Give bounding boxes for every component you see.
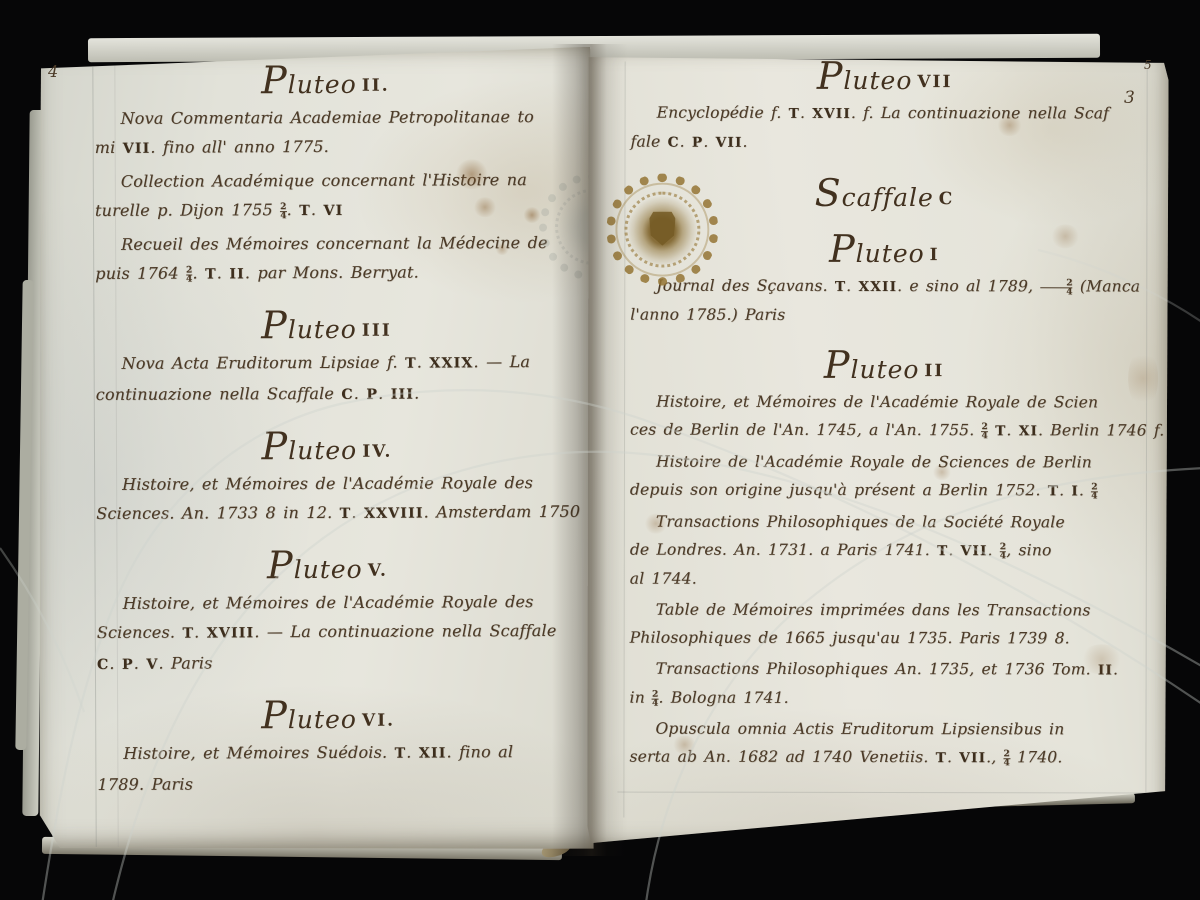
left-page: Pluteo II.Nova Commentaria Academiae Pet…: [34, 47, 593, 851]
left-page-text: Pluteo II.Nova Commentaria Academiae Pet…: [94, 59, 559, 799]
manuscript-line: Histoire, et Mémoires de l'Académie Roya…: [97, 587, 559, 618]
section-heading: Pluteo III: [95, 304, 557, 346]
folio-number-right-small: 5: [1144, 58, 1152, 72]
manuscript-line: Nova Acta Eruditorum Lipsiae f. T. XXIX.…: [96, 347, 558, 380]
catalog-section: Pluteo IIHistoire, et Mémoires de l'Acad…: [629, 345, 1138, 773]
margin-rule: [617, 792, 1149, 794]
manuscript-line: mi VII. fino all' anno 1775.: [95, 131, 557, 164]
manuscript-line: Histoire, et Mémoires Suédois. T. XII. f…: [97, 737, 559, 770]
manuscript-line: Encyclopédie f. T. XVII. f. La continuaz…: [631, 99, 1139, 129]
manuscript-line: serta ab An. 1682 ad 1740 Venetiis. T. V…: [629, 743, 1137, 773]
manuscript-line: in 24. Bologna 1741.: [630, 684, 1138, 713]
catalog-section: Pluteo IIINova Acta Eruditorum Lipsiae f…: [95, 304, 557, 411]
section-heading: Pluteo IV.: [96, 425, 558, 467]
section-heading: Pluteo VI.: [97, 694, 559, 736]
manuscript-line: Philosophiques de 1665 jusqu'au 1735. Pa…: [630, 624, 1138, 653]
manuscript-line: Transactions Philosophiques An. 1735, et…: [630, 655, 1138, 685]
manuscript-line: ces de Berlin de l'An. 1745, a l'An. 175…: [630, 416, 1138, 446]
manuscript-line: Table de Mémoires imprimées dans les Tra…: [630, 596, 1138, 625]
section-heading: Pluteo II.: [94, 59, 556, 101]
manuscript-line: Journal des Sçavans. T. XXII. e sino al …: [630, 272, 1138, 302]
manuscript-line: continuazione nella Scaffale C. P. III.: [96, 378, 558, 411]
manuscript-line: l'anno 1785.) Paris: [630, 301, 1138, 330]
catalog-section: Pluteo VI.Histoire, et Mémoires Suédois.…: [97, 694, 559, 799]
right-page: Pluteo VIIEncyclopédie f. T. XVII. f. La…: [587, 47, 1168, 850]
folio-number-left: 4: [48, 62, 58, 81]
manuscript-line: Nova Commentaria Academiae Petropolitana…: [94, 102, 556, 133]
manuscript-line: Histoire, et Mémoires de l'Académie Roya…: [96, 468, 558, 499]
manuscript-line: Sciences. An. 1733 8 in 12. T. XXVIII. A…: [96, 497, 558, 530]
catalog-section: Pluteo IV.Histoire, et Mémoires de l'Aca…: [96, 425, 558, 530]
library-ink-stamp: [606, 174, 718, 286]
section-heading: Pluteo II: [630, 345, 1138, 386]
manuscript-line: Transactions Philosophiques de la Sociét…: [630, 508, 1138, 537]
manuscript-line: Histoire, et Mémoires de l'Académie Roya…: [630, 388, 1138, 417]
manuscript-line: Sciences. T. XVIII. — La continuazione n…: [97, 616, 559, 649]
section-heading: Pluteo VII: [631, 56, 1139, 97]
right-page-text: Pluteo VIIEncyclopédie f. T. XVII. f. La…: [629, 56, 1138, 773]
manuscript-line: Histoire de l'Académie Royale de Science…: [630, 448, 1138, 477]
manuscript-line: Recueil des Mémoires concernant la Médec…: [95, 228, 557, 259]
manuscript-line: puis 1764 24. T. II. par Mons. Berryat.: [95, 257, 557, 290]
catalog-section: Pluteo V.Histoire, et Mémoires de l'Acad…: [96, 544, 559, 680]
folio-number-right: 3: [1124, 88, 1135, 108]
manuscript-line: C. P. V. Paris: [97, 647, 559, 680]
manuscript-line: Opuscula omnia Actis Eruditorum Lipsiens…: [629, 715, 1137, 744]
manuscript-line: fale C. P. VII.: [631, 128, 1139, 158]
margin-rule: [623, 62, 625, 818]
manuscript-line: al 1744.: [630, 565, 1138, 594]
catalog-section: Pluteo VIIEncyclopédie f. T. XVII. f. La…: [631, 56, 1139, 158]
manuscript-line: 1789. Paris: [97, 768, 559, 799]
manuscript-photo: Pluteo II.Nova Commentaria Academiae Pet…: [0, 0, 1200, 900]
manuscript-line: depuis son origine jusqu'à présent a Ber…: [630, 476, 1138, 506]
manuscript-line: de Londres. An. 1731. a Paris 1741. T. V…: [630, 536, 1138, 566]
section-heading: Pluteo V.: [96, 544, 558, 586]
